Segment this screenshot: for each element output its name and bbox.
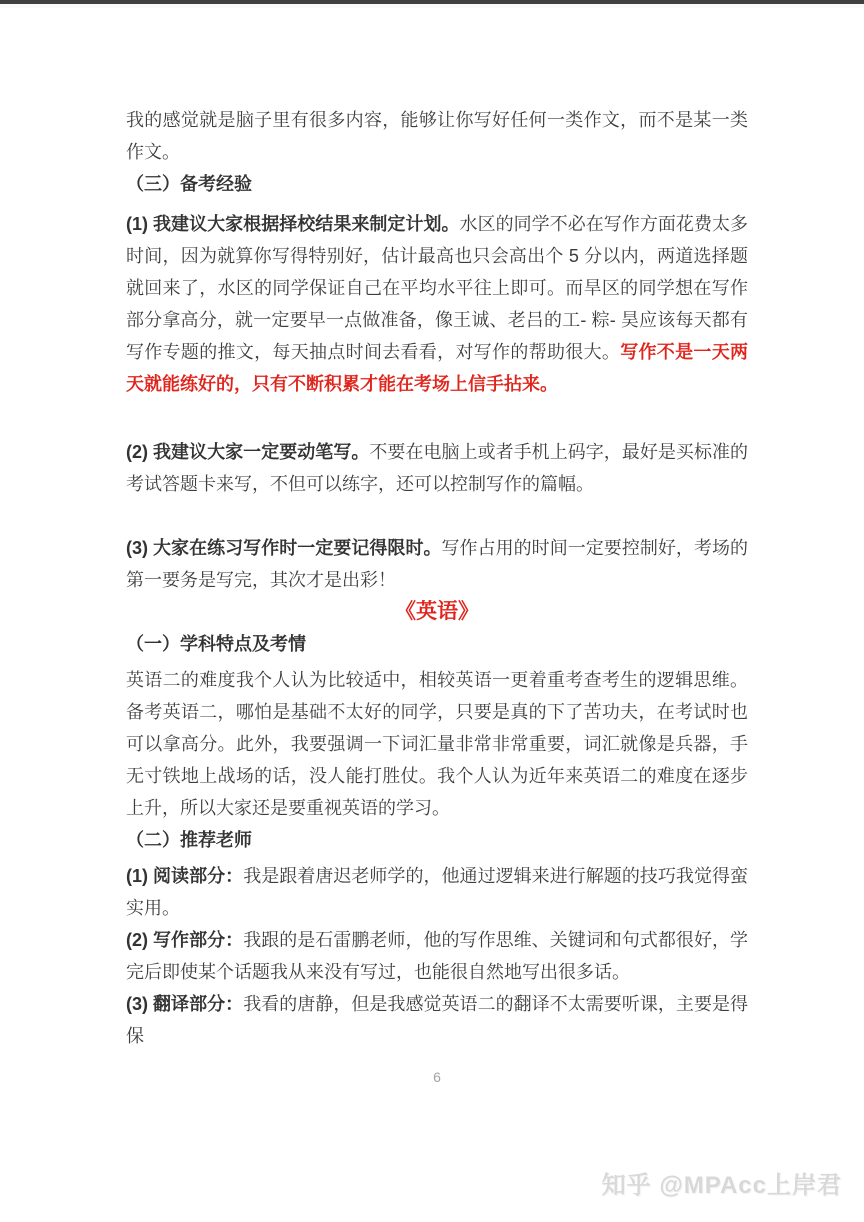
- tip-1-body: 水区的同学不必在写作方面花费太多时间，因为就算你写得特别好，估计最高也只会高出个…: [126, 214, 748, 362]
- teacher-reading-label: (1) 阅读部分：: [126, 866, 243, 886]
- section-heading-1-subject-overview: （一）学科特点及考情: [126, 628, 748, 660]
- section-heading-2-recommended-teachers: （二）推荐老师: [126, 824, 748, 856]
- english-overview-paragraph: 英语二的难度我个人认为比较适中，相较英语一更着重考查考生的逻辑思维。备考英语二，…: [126, 664, 748, 824]
- teacher-translation-item: (3) 翻译部分：我看的唐静，但是我感觉英语二的翻译不太需要听课，主要是得保: [126, 988, 748, 1052]
- document-content: 我的感觉就是脑子里有很多内容，能够让你写好任何一类作文，而不是某一类作文。 （三…: [0, 8, 864, 1086]
- tip-2-paragraph: (2) 我建议大家一定要动笔写。不要在电脑上或者手机上码字，最好是买标准的考试答…: [126, 436, 748, 500]
- tip-1-paragraph: (1) 我建议大家根据择校结果来制定计划。水区的同学不必在写作方面花费太多时间，…: [126, 208, 748, 400]
- zhihu-watermark: 知乎 @MPAcc上岸君: [602, 1165, 842, 1200]
- teacher-writing-label: (2) 写作部分：: [126, 930, 243, 950]
- section-heading-3-preparation-experience: （三）备考经验: [126, 168, 748, 200]
- document-page: 我的感觉就是脑子里有很多内容，能够让你写好任何一类作文，而不是某一类作文。 （三…: [0, 8, 864, 1222]
- tip-1-lead: (1) 我建议大家根据择校结果来制定计划。: [126, 214, 460, 234]
- tip-3-lead: (3) 大家在练习写作时一定要记得限时。: [126, 538, 442, 558]
- teacher-writing-item: (2) 写作部分：我跟的是石雷鹏老师，他的写作思维、关键词和句式都很好，学完后即…: [126, 924, 748, 988]
- page-number: 6: [126, 1068, 748, 1086]
- tip-2-lead: (2) 我建议大家一定要动笔写。: [126, 442, 369, 462]
- english-chapter-title: 《英语》: [126, 596, 748, 628]
- teacher-translation-label: (3) 翻译部分：: [126, 994, 243, 1014]
- intro-paragraph: 我的感觉就是脑子里有很多内容，能够让你写好任何一类作文，而不是某一类作文。: [126, 104, 748, 168]
- teacher-reading-item: (1) 阅读部分：我是跟着唐迟老师学的，他通过逻辑来进行解题的技巧我觉得蛮实用。: [126, 860, 748, 924]
- tip-3-paragraph: (3) 大家在练习写作时一定要记得限时。写作占用的时间一定要控制好，考场的第一要…: [126, 532, 748, 596]
